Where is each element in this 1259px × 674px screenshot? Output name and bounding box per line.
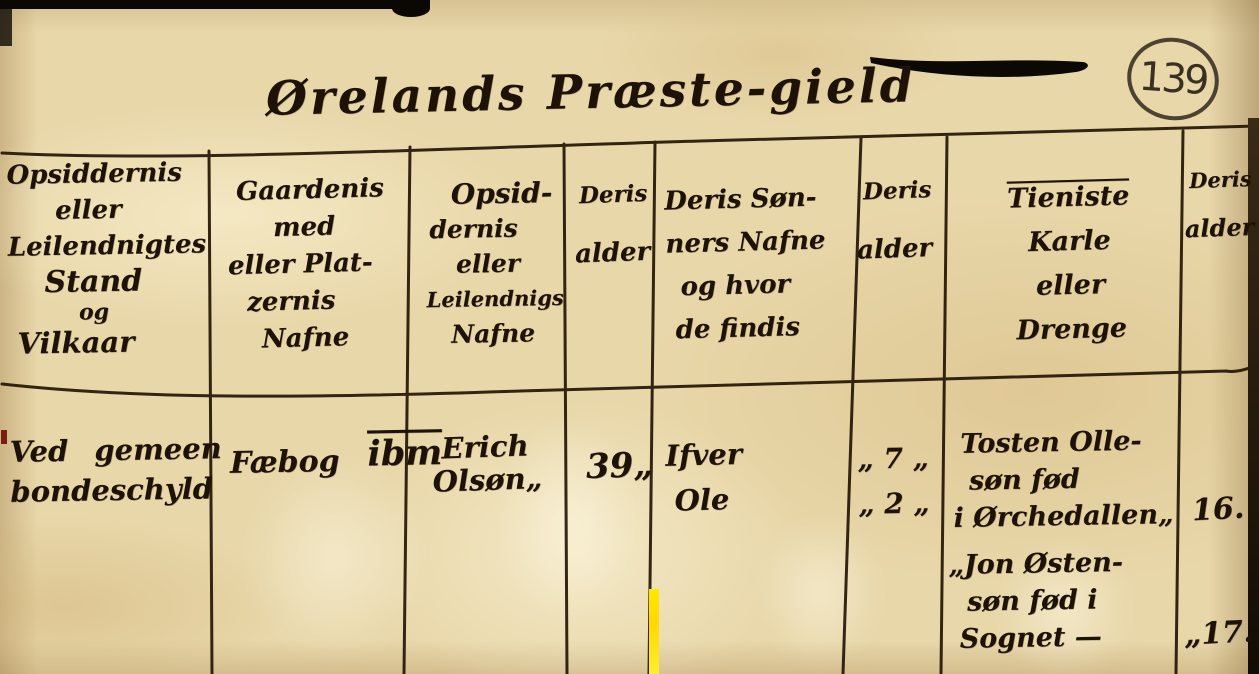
header-line: Deris xyxy=(862,175,943,208)
cell-servants: Tosten Olle- søn fød i Ørchedallen„ „Jon… xyxy=(946,422,1185,658)
text-line: Olsøn„ xyxy=(432,460,593,499)
text-line: Erich xyxy=(441,427,592,465)
header-line: og hvor xyxy=(680,261,867,309)
header-line: Opsiddernis xyxy=(6,154,212,194)
column-header-stand: Opsiddernis eller Leilendnigtes Stand og… xyxy=(6,154,215,362)
header-line: Nafne xyxy=(451,315,572,352)
header-line: eller xyxy=(456,245,571,282)
header-line: Nafne xyxy=(261,318,410,359)
header-line: Opsid- xyxy=(450,175,569,212)
header-line: dernis xyxy=(429,210,570,247)
header-line: eller xyxy=(55,190,213,229)
column-header-farm: Gaardenis med eller Plat- zernis Nafne xyxy=(226,170,411,360)
cell-servant-age-2: „17. xyxy=(1183,614,1254,653)
header-line: ners Nafne xyxy=(665,218,866,266)
farm-name: Fæbog xyxy=(230,444,340,481)
scan-edge-artifact-corner xyxy=(0,0,12,46)
column-header-sons: Deris Søn- ners Nafne og hvor de findis xyxy=(664,175,868,352)
header-line: Deris xyxy=(1189,165,1256,195)
header-line: og xyxy=(79,298,214,324)
column-header-age-3: Deris alder xyxy=(1189,165,1258,243)
column-header-servants: Tieniste Karle eller Drenge xyxy=(963,173,1178,354)
cell-stand: Ved gemeen bondeschyld xyxy=(9,428,225,512)
text-line: Ole xyxy=(674,475,807,523)
header-line: alder xyxy=(575,237,654,270)
header-line: Stand xyxy=(44,262,214,301)
header-line: Gaardenis xyxy=(236,170,407,211)
text-line: Sognet — xyxy=(959,617,1185,658)
column-header-age-1: Deris alder xyxy=(578,179,653,269)
header-line: zernis xyxy=(247,281,410,322)
ink-spot xyxy=(1,430,7,444)
header-line: Drenge xyxy=(966,305,1177,354)
text-line: søn fød i xyxy=(967,580,1185,621)
header-line: Deris xyxy=(578,179,651,211)
cell-opsidder-age: 39„ xyxy=(585,445,653,487)
highlight-artifact xyxy=(649,589,659,674)
header-line: eller Plat- xyxy=(228,244,409,286)
header-line: Tieniste xyxy=(963,173,1174,222)
age-value: 39„ xyxy=(585,445,653,487)
header-line: med xyxy=(273,207,408,247)
column-header-opsidder: Opsid- dernis eller Leilendnigs Nafne xyxy=(428,175,571,352)
text-line: „Jon Østen- xyxy=(948,543,1184,584)
header-line: Vilkaar xyxy=(17,322,215,361)
cell-sons: Ifver Ole xyxy=(665,430,807,524)
folio-number: 139 xyxy=(1138,54,1208,105)
header-line: Karle xyxy=(964,217,1175,266)
header-line: alder xyxy=(857,233,946,266)
header-line: de findis xyxy=(675,304,868,352)
header-line: eller xyxy=(965,261,1176,310)
header-line: alder xyxy=(1184,213,1257,243)
age-value: „ 7 „ xyxy=(857,435,938,481)
cell-opsidder-name: Erich Olsøn„ xyxy=(431,427,593,499)
header-line: Leilendnigtes xyxy=(7,226,213,266)
header-line: Leilendnigs xyxy=(426,280,571,318)
cell-sons-ages: „ 7 „ „ 2 „ xyxy=(857,435,939,526)
text-line: Ifver xyxy=(665,430,806,479)
cell-farm: Fæbog ibm xyxy=(230,442,443,481)
manuscript-page: Ørelands Præste-gield 139 Opsiddernis el… xyxy=(0,0,1259,674)
text-line: bondeschyld xyxy=(10,468,226,512)
text-line: Tosten Olle- xyxy=(960,422,1182,463)
text-line: søn fød xyxy=(969,459,1183,500)
cell-servant-age-1: 16. xyxy=(1191,491,1245,529)
age-value: „17. xyxy=(1183,614,1254,653)
text-line: i Ørchedallen„ xyxy=(953,496,1183,537)
scan-edge-artifact-top xyxy=(0,0,428,9)
header-line: Deris Søn- xyxy=(664,175,865,223)
text-line: Ved gemeen xyxy=(9,428,225,472)
age-value: 16. xyxy=(1191,491,1245,529)
scan-edge-artifact-blob xyxy=(392,0,430,17)
age-value: „ 2 „ xyxy=(858,480,939,526)
column-header-age-2: Deris alder xyxy=(862,175,945,266)
